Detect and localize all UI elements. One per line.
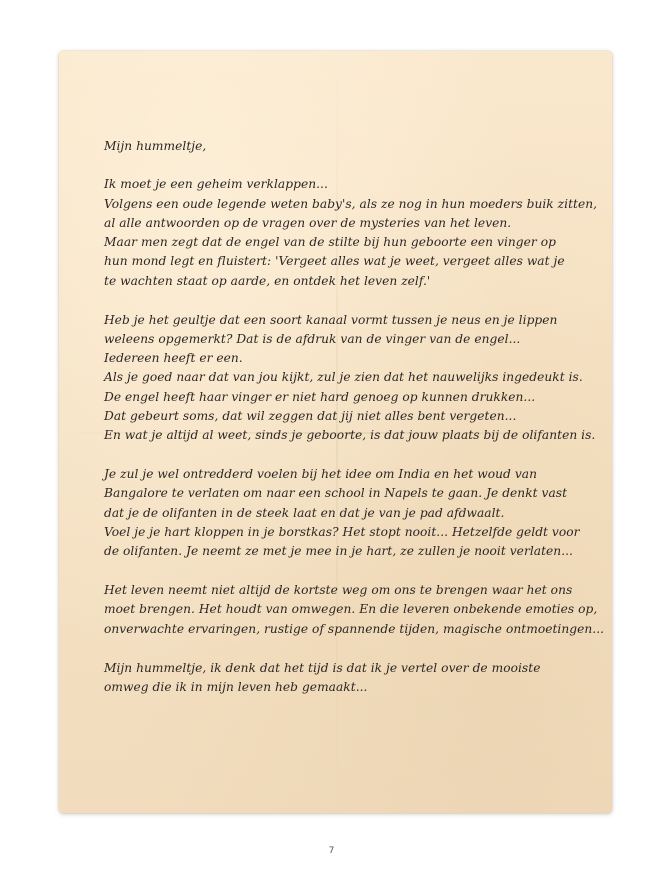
letter-line: Je zul je wel ontredderd voelen bij het … xyxy=(104,465,574,484)
letter-line: de olifanten. Je neemt ze met je mee in … xyxy=(104,542,574,561)
letter-line: hun mond legt en fluistert: 'Vergeet all… xyxy=(104,252,574,271)
letter-line: Iedereen heeft er een. xyxy=(104,349,574,368)
letter-line: dat je de olifanten in de steek laat en … xyxy=(104,504,574,523)
letter-line: moet brengen. Het houdt van omwegen. En … xyxy=(104,600,574,619)
letter-line: Heb je het geultje dat een soort kanaal … xyxy=(104,311,574,330)
letter-paragraph-2: Heb je het geultje dat een soort kanaal … xyxy=(104,311,574,446)
page-number: 7 xyxy=(0,846,663,856)
letter-line: Ik moet je een geheim verklappen... xyxy=(104,175,574,194)
letter-line: Voel je je hart kloppen in je borstkas? … xyxy=(104,523,574,542)
letter-line: Dat gebeurt soms, dat wil zeggen dat jij… xyxy=(104,407,574,426)
letter-line: omweg die ik in mijn leven heb gemaakt..… xyxy=(104,678,574,697)
letter-line: onverwachte ervaringen, rustige of spann… xyxy=(104,620,574,639)
handwritten-letter: Mijn hummeltje, Ik moet je een geheim ve… xyxy=(104,137,574,717)
letter-line: al alle antwoorden op de vragen over de … xyxy=(104,214,574,233)
letter-line: En wat je altijd al weet, sinds je geboo… xyxy=(104,426,574,445)
letter-line: Volgens een oude legende weten baby's, a… xyxy=(104,195,574,214)
letter-line: Het leven neemt niet altijd de kortste w… xyxy=(104,581,574,600)
letter-greeting: Mijn hummeltje, xyxy=(104,137,574,156)
letter-line: weleens opgemerkt? Dat is de afdruk van … xyxy=(104,330,574,349)
letter-paragraph-5: Mijn hummeltje, ik denk dat het tijd is … xyxy=(104,659,574,698)
letter-paragraph-4: Het leven neemt niet altijd de kortste w… xyxy=(104,581,574,639)
letter-paragraph-3: Je zul je wel ontredderd voelen bij het … xyxy=(104,465,574,561)
letter-line: te wachten staat op aarde, en ontdek het… xyxy=(104,272,574,291)
letter-line: Als je goed naar dat van jou kijkt, zul … xyxy=(104,368,574,387)
letter-line: Bangalore te verlaten om naar een school… xyxy=(104,484,574,503)
letter-paragraph-1: Ik moet je een geheim verklappen... Volg… xyxy=(104,175,574,291)
letter-line: Mijn hummeltje, ik denk dat het tijd is … xyxy=(104,659,574,678)
letter-line: Maar men zegt dat de engel van de stilte… xyxy=(104,233,574,252)
letter-line: De engel heeft haar vinger er niet hard … xyxy=(104,388,574,407)
